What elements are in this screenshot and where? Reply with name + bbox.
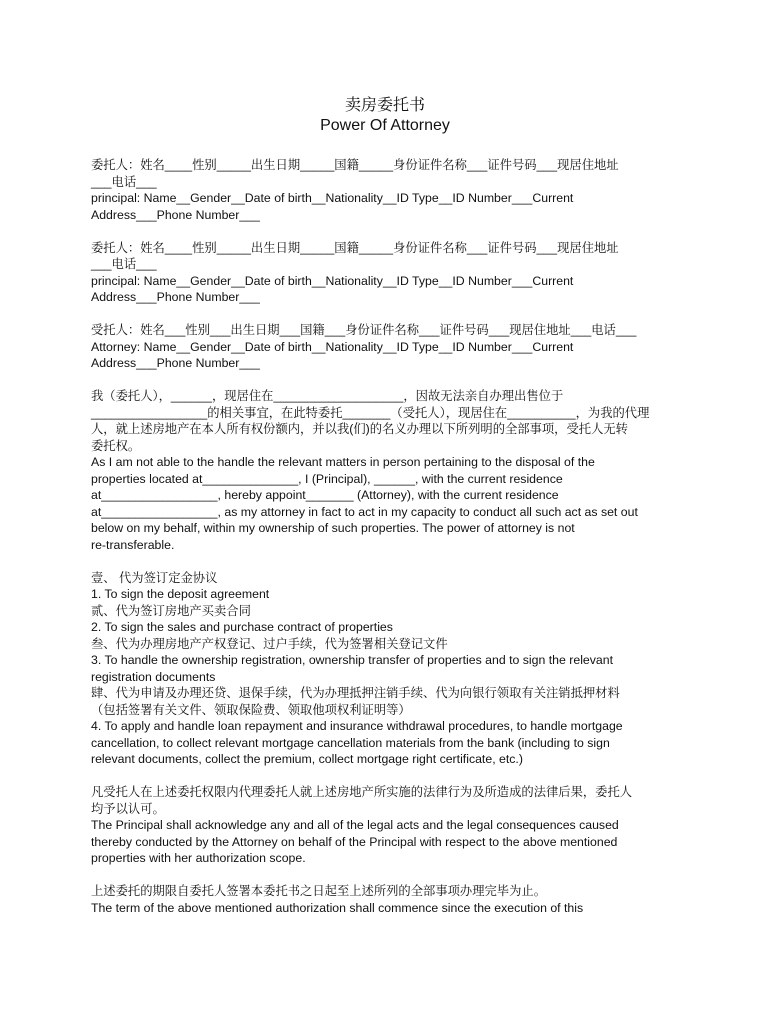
paragraph-gap — [91, 553, 691, 570]
text-line: 受托人：姓名___性别___出生日期___国籍___身份证件名称___证件号码_… — [91, 322, 691, 339]
text-line: 我（委托人），______，现居住在___________________，因故… — [91, 388, 691, 405]
text-line: The Principal shall acknowledge any and … — [91, 817, 691, 834]
text-line: ___电话___ — [91, 174, 691, 191]
item-heading: （包括签署有关文件、领取保险费、领取他项权利证明等） — [91, 702, 691, 719]
document-title-chinese: 卖房委托书 — [0, 96, 770, 116]
text-line: Address___Phone Number___ — [91, 289, 691, 306]
text-line: principal: Name__Gender__Date of birth__… — [91, 190, 691, 207]
item-heading: 肆、代为申请及办理还贷、退保手续，代为办理抵押注销手续、代为向银行领取有关注销抵… — [91, 685, 691, 702]
item-text: registration documents — [91, 669, 691, 686]
item-text: 3. To handle the ownership registration,… — [91, 652, 691, 669]
text-line: 均予以认可。 — [91, 801, 691, 818]
text-line: 委托人：姓名____性别_____出生日期_____国籍_____身份证件名称_… — [91, 157, 691, 174]
text-line: principal: Name__Gender__Date of birth__… — [91, 273, 691, 290]
item-text: 1. To sign the deposit agreement — [91, 586, 691, 603]
item-text: 4. To apply and handle loan repayment an… — [91, 718, 691, 735]
text-line: ___电话___ — [91, 256, 691, 273]
principal-section-1: 委托人：姓名____性别_____出生日期_____国籍_____身份证件名称_… — [91, 157, 691, 223]
paragraph-gap — [91, 768, 691, 785]
acknowledgement-section: 凡受托人在上述委托权限内代理委托人就上述房地产所实施的法律行为及所造成的法律后果… — [91, 784, 691, 867]
declaration-section: 我（委托人），______，现居住在___________________，因故… — [91, 388, 691, 553]
attorney-section: 受托人：姓名___性别___出生日期___国籍___身份证件名称___证件号码_… — [91, 322, 691, 372]
paragraph-gap — [91, 223, 691, 240]
document-title-english: Power Of Attorney — [0, 116, 770, 136]
paragraph-gap — [91, 867, 691, 884]
item-heading: 贰、代为签订房地产买卖合同 — [91, 603, 691, 620]
item-text: relevant documents, collect the premium,… — [91, 751, 691, 768]
text-line: 人，就上述房地产在本人所有权份额内，并以我(们)的名义办理以下所列明的全部事项，… — [91, 421, 691, 438]
text-line: 委托人：姓名____性别_____出生日期_____国籍_____身份证件名称_… — [91, 240, 691, 257]
term-section: 上述委托的期限自委托人签署本委托书之日起至上述所列的全部事项办理完毕为止。 Th… — [91, 883, 691, 916]
paragraph-gap — [91, 306, 691, 323]
text-line: properties located at______________, I (… — [91, 471, 691, 488]
item-heading: 壹、 代为签订定金协议 — [91, 570, 691, 587]
text-line: below on my behalf, within my ownership … — [91, 520, 691, 537]
text-line: The term of the above mentioned authoriz… — [91, 900, 691, 917]
authorized-items-section: 壹、 代为签订定金协议 1. To sign the deposit agree… — [91, 570, 691, 768]
text-line: Attorney: Name__Gender__Date of birth__N… — [91, 339, 691, 356]
item-text: cancellation, to collect relevant mortga… — [91, 735, 691, 752]
text-line: Address___Phone Number___ — [91, 355, 691, 372]
text-line: 委托权。 — [91, 438, 691, 455]
text-line: thereby conducted by the Attorney on beh… — [91, 834, 691, 851]
principal-section-2: 委托人：姓名____性别_____出生日期_____国籍_____身份证件名称_… — [91, 240, 691, 306]
text-line: 上述委托的期限自委托人签署本委托书之日起至上述所列的全部事项办理完毕为止。 — [91, 883, 691, 900]
text-line: at_________________, hereby appoint_____… — [91, 487, 691, 504]
item-heading: 叁、代为办理房地产产权登记、过户手续，代为签署相关登记文件 — [91, 636, 691, 653]
text-line: at_________________, as my attorney in f… — [91, 504, 691, 521]
document-page: 卖房委托书 Power Of Attorney 委托人：姓名____性别____… — [0, 0, 770, 1024]
paragraph-gap — [91, 372, 691, 389]
text-line: _________________的相关事宜，在此特委托_______（受托人）… — [91, 405, 691, 422]
item-text: 2. To sign the sales and purchase contra… — [91, 619, 691, 636]
text-line: Address___Phone Number___ — [91, 207, 691, 224]
document-body: 委托人：姓名____性别_____出生日期_____国籍_____身份证件名称_… — [91, 157, 691, 916]
text-line: properties with her authorization scope. — [91, 850, 691, 867]
text-line: As I am not able to the handle the relev… — [91, 454, 691, 471]
text-line: re-transferable. — [91, 537, 691, 554]
text-line: 凡受托人在上述委托权限内代理委托人就上述房地产所实施的法律行为及所造成的法律后果… — [91, 784, 691, 801]
